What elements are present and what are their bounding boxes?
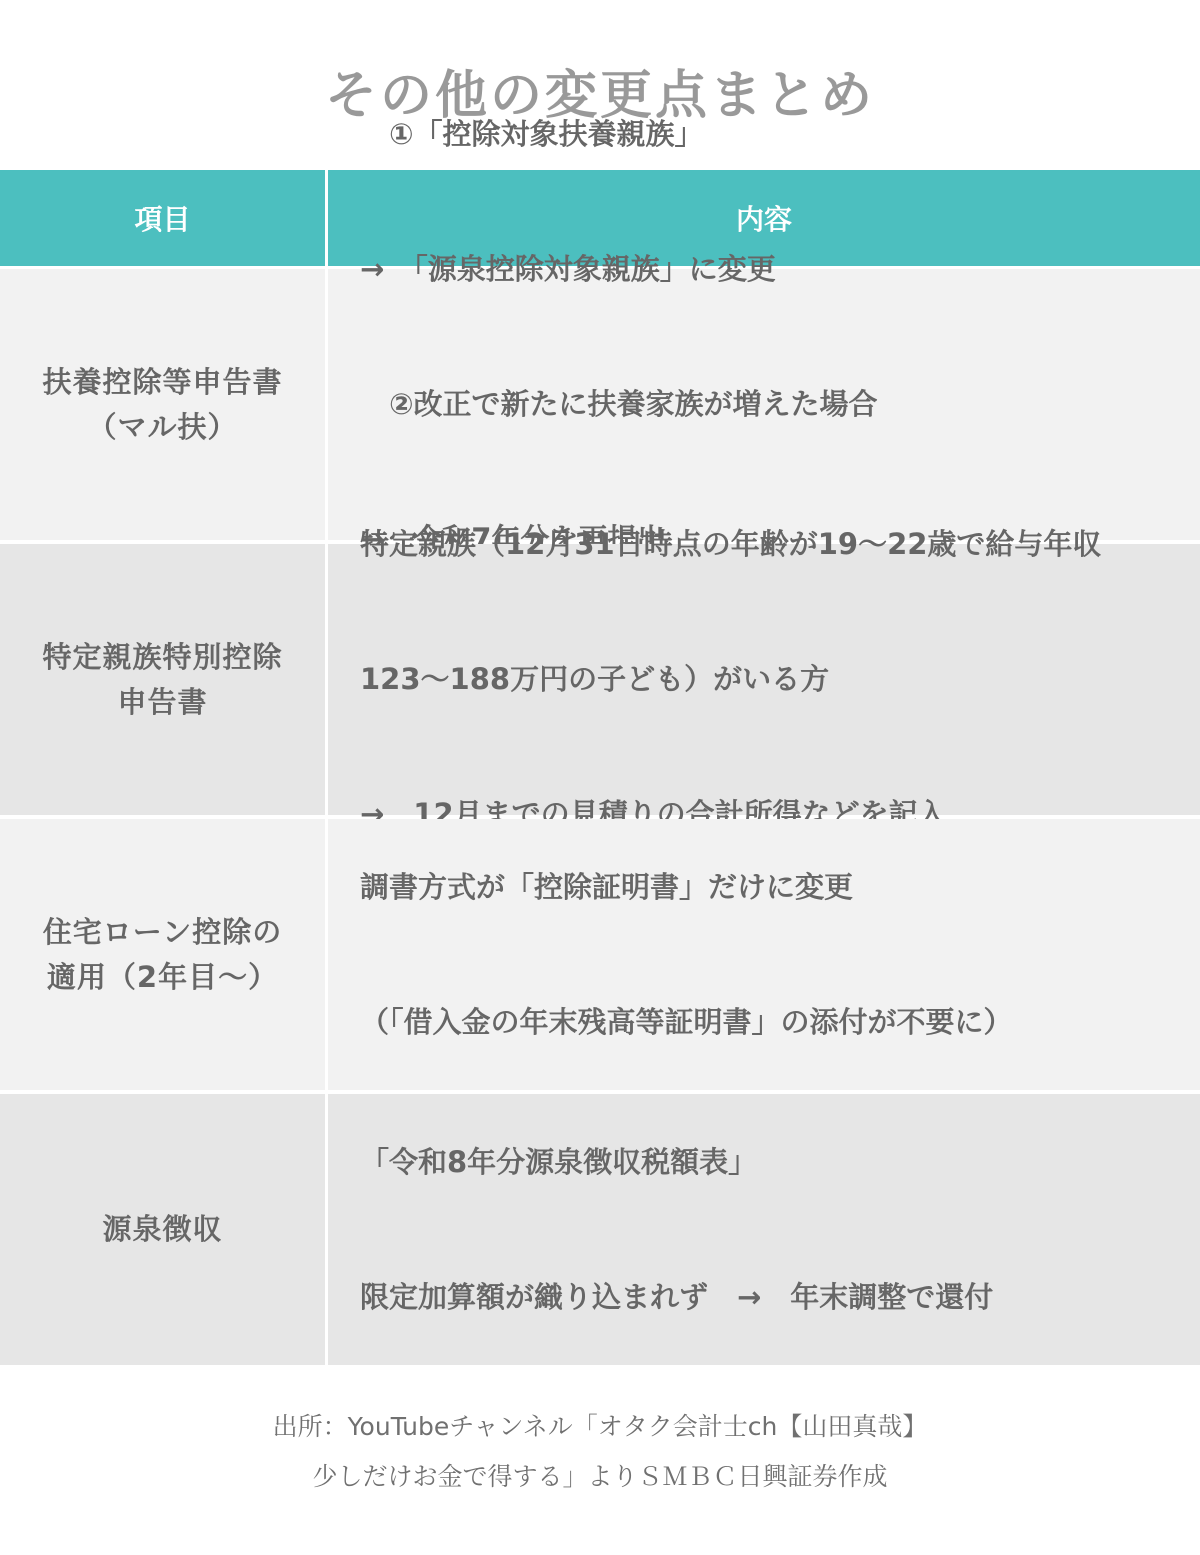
content-text: 「令和8年分源泉徴収税額表」 限定加算額が織り込まれず → 年末調整で還付 [328, 1050, 993, 1410]
content-line: 限定加算額が織り込まれず → 年末調整で還付 [360, 1275, 993, 1320]
content-line: 「令和8年分源泉徴収税額表」 [360, 1140, 993, 1185]
item-label-line: 適用（2年目～） [43, 955, 282, 1000]
content-line: ①「控除対象扶養親族」 [360, 112, 1122, 157]
changes-summary-table: 項目 内容 扶養控除等申告書 （マル扶） ①「控除対象扶養親族」 → 「源泉控除… [0, 170, 1200, 1369]
item-label-line: 申告書 [42, 680, 282, 725]
item-cell: 扶養控除等申告書 （マル扶） [0, 269, 325, 540]
content-cell: 「令和8年分源泉徴収税額表」 限定加算額が織り込まれず → 年末調整で還付 [328, 1094, 1200, 1365]
content-line: → 「源泉控除対象親族」に変更 [360, 247, 1122, 292]
item-cell: 特定親族特別控除 申告書 [0, 544, 325, 815]
content-line: 調書方式が「控除証明書」だけに変更 [360, 865, 1013, 910]
item-label: 住宅ローン控除の 適用（2年目～） [43, 910, 282, 1000]
item-label-line: 特定親族特別控除 [42, 635, 282, 680]
item-cell: 源泉徴収 [0, 1094, 325, 1365]
header-item: 項目 [0, 170, 325, 266]
item-label: 源泉徴収 [102, 1207, 222, 1252]
source-note: 出所：YouTubeチャンネル「オタク会計士ch【山田真哉】 少しだけお金で得す… [0, 1402, 1200, 1502]
content-line: 123～188万円の子ども）がいる方 [360, 657, 1101, 702]
item-label: 扶養控除等申告書 （マル扶） [42, 360, 282, 450]
item-label: 特定親族特別控除 申告書 [42, 635, 282, 725]
content-line: ②改正で新たに扶養家族が増えた場合 [360, 382, 1122, 427]
content-line: （「借入金の年末残高等証明書」の添付が不要に） [360, 1000, 1013, 1045]
source-note-line: 出所：YouTubeチャンネル「オタク会計士ch【山田真哉】 [0, 1402, 1200, 1452]
source-note-line: 少しだけお金で得する」よりＳＭＢＣ日興証券作成 [0, 1452, 1200, 1502]
item-label-line: 源泉徴収 [102, 1207, 222, 1252]
item-label-line: 住宅ローン控除の [43, 910, 282, 955]
item-label-line: 扶養控除等申告書 [42, 360, 282, 405]
content-line: 特定親族（12月31日時点の年齢が19～22歳で給与年収 [360, 522, 1101, 567]
table-row: 源泉徴収 「令和8年分源泉徴収税額表」 限定加算額が織り込まれず → 年末調整で… [0, 1094, 1200, 1365]
item-label-line: （マル扶） [42, 405, 282, 450]
item-cell: 住宅ローン控除の 適用（2年目～） [0, 819, 325, 1090]
